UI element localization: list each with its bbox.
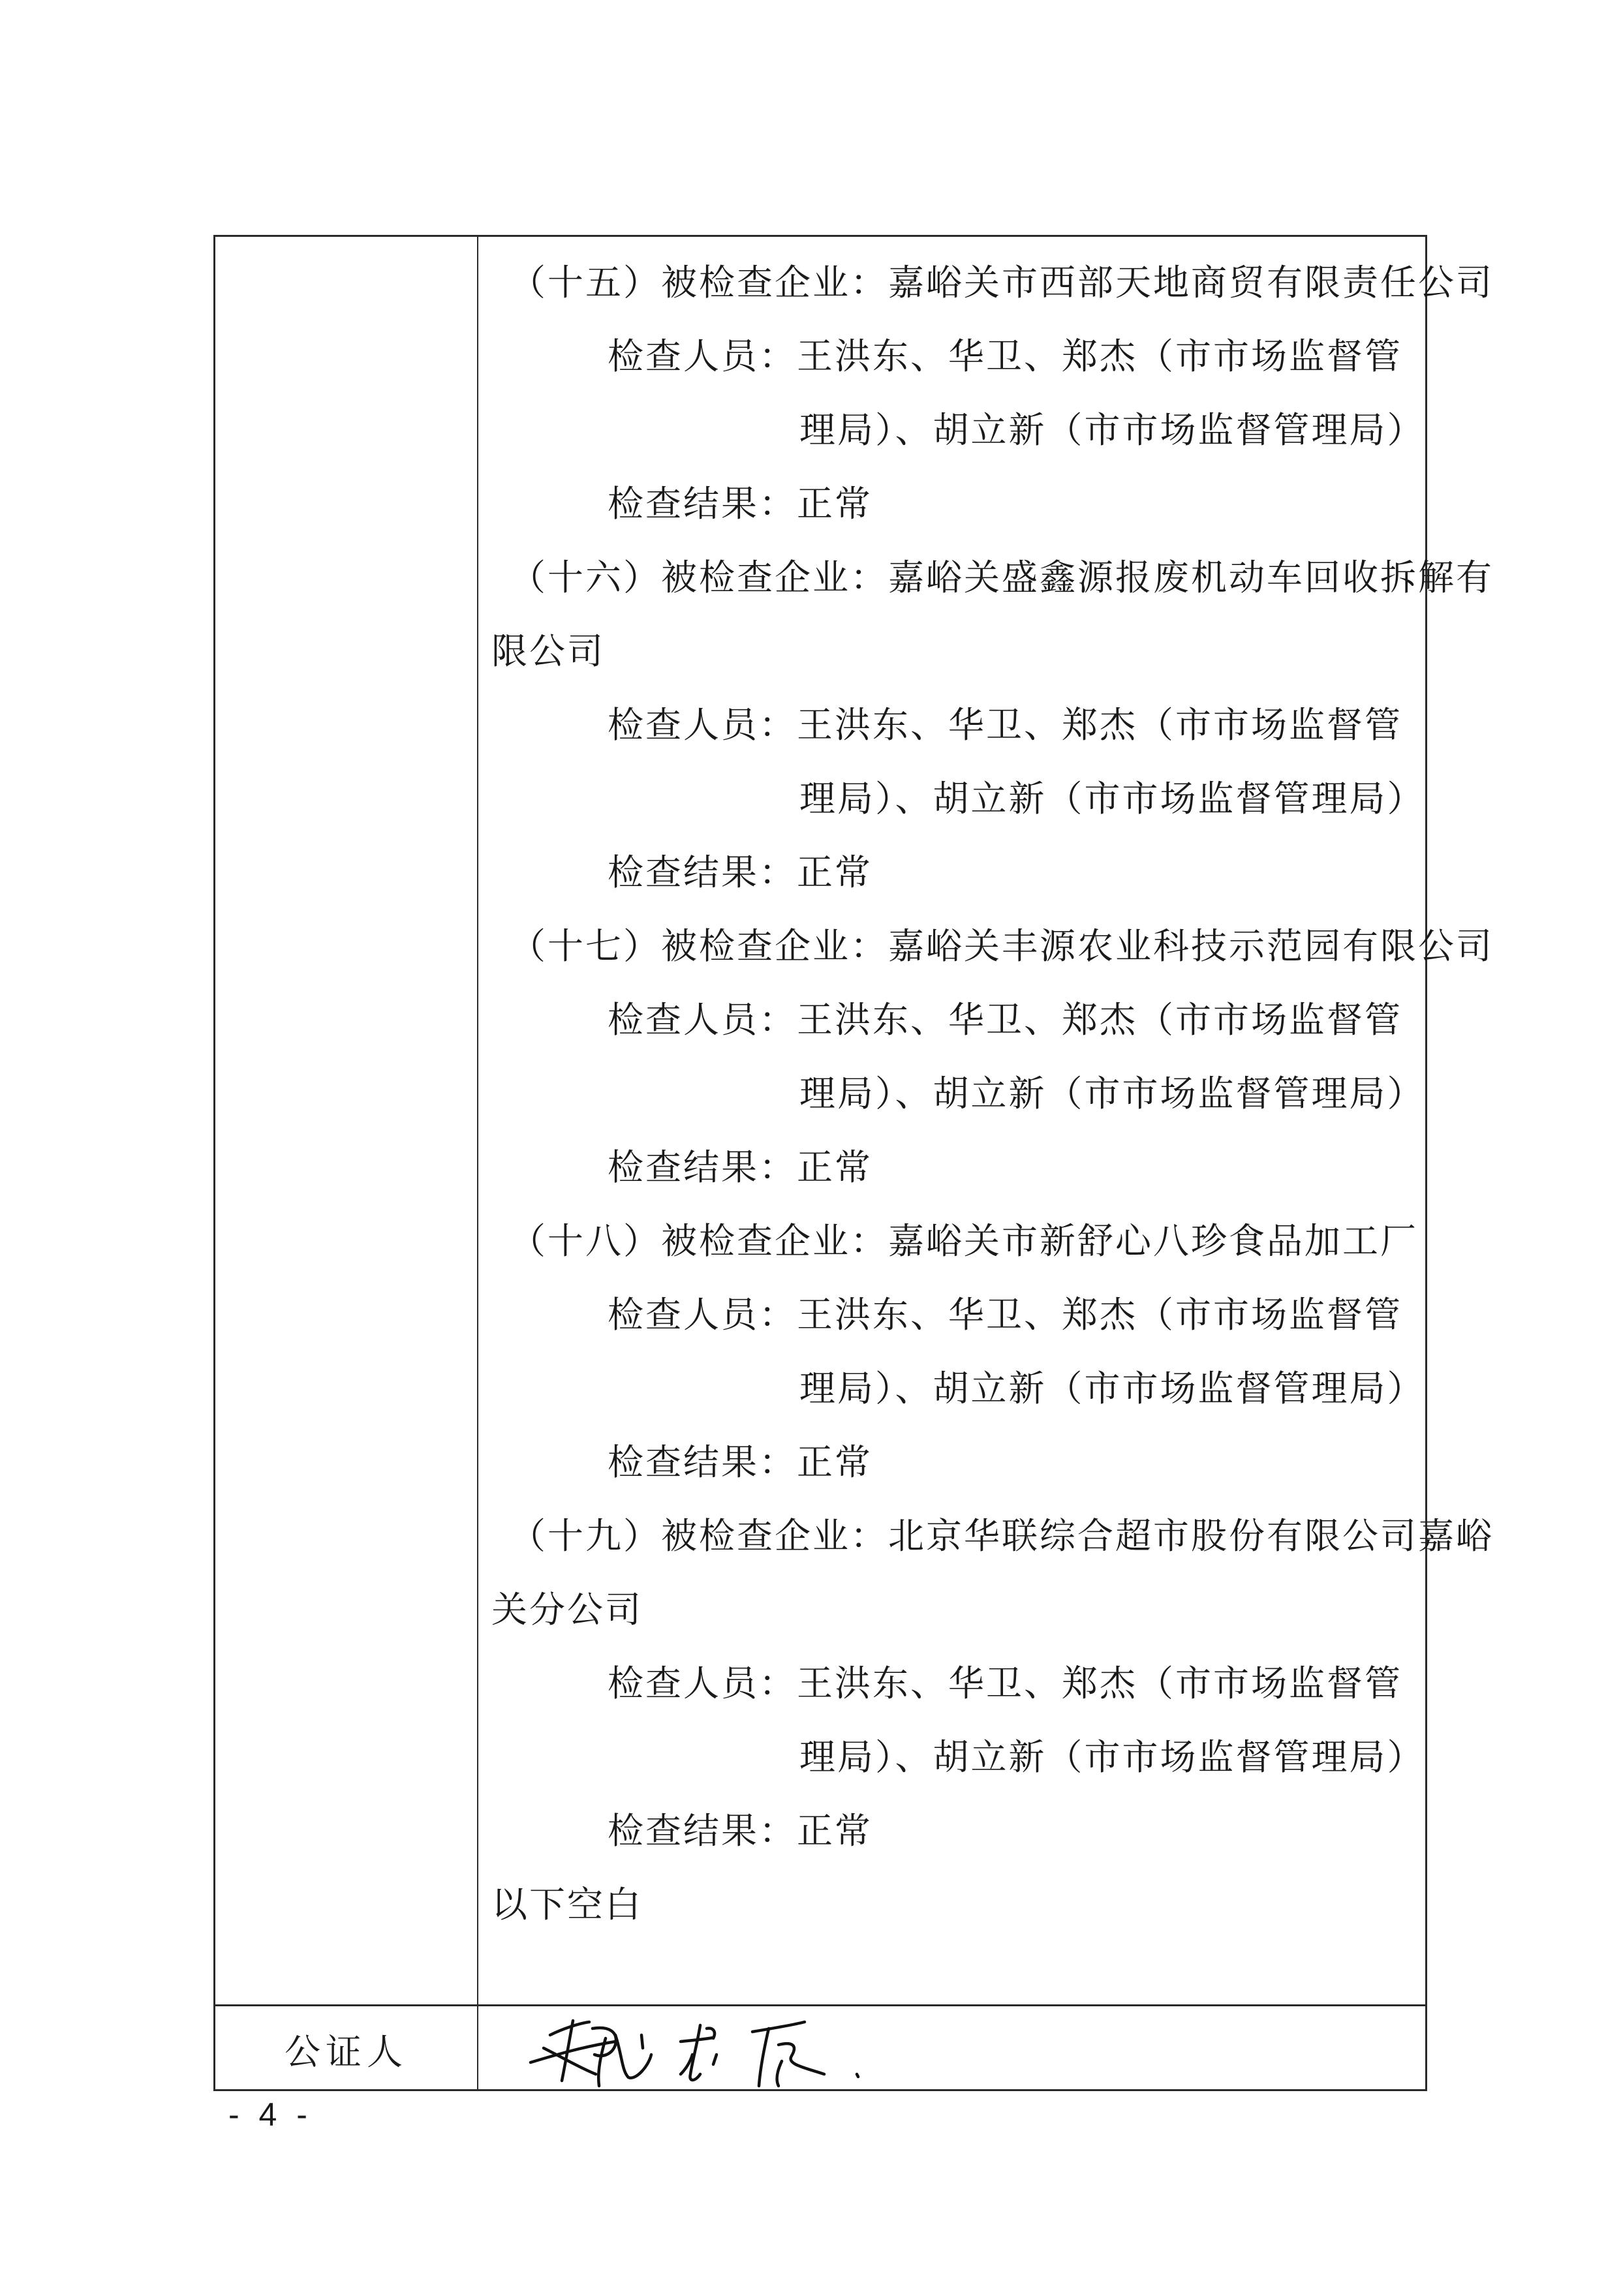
inspectors-names-cont: 理局）、胡立新（市市场监督管理局） — [799, 1073, 1425, 1114]
entry-19-inspectors-cont: 理局）、胡立新（市市场监督管理局） — [478, 1721, 1427, 1794]
entry-index: （十九） — [510, 1515, 661, 1557]
inspectors-names-cont: 理局）、胡立新（市市场监督管理局） — [799, 1736, 1425, 1778]
entry-15-inspectors: 检查人员：王洪东、华卫、郑杰（市市场监督管 — [478, 320, 1427, 393]
entry-15-inspectors-cont: 理局）、胡立新（市市场监督管理局） — [478, 393, 1427, 467]
entry-16-company: （十六）被检查企业：嘉峪关盛鑫源报废机动车回收拆解有 — [478, 541, 1427, 615]
entry-18-result: 检查结果：正常 — [478, 1426, 1427, 1499]
inspectors-names: 王洪东、华卫、郑杰（市市场监督管 — [797, 1662, 1402, 1704]
entry-17-inspectors-cont: 理局）、胡立新（市市场监督管理局） — [478, 1057, 1427, 1131]
entry-17-result: 检查结果：正常 — [478, 1131, 1427, 1204]
entry-19-company: （十九）被检查企业：北京华联综合超市股份有限公司嘉峪 — [478, 1499, 1427, 1573]
inspection-record-table: （十五）被检查企业：嘉峪关市西部天地商贸有限责任公司 检查人员：王洪东、华卫、郑… — [213, 235, 1427, 2091]
entry-19-inspectors: 检查人员：王洪东、华卫、郑杰（市市场监督管 — [478, 1647, 1427, 1721]
entry-16-company-cont: 限公司 — [478, 615, 1427, 688]
inspection-content-cell: （十五）被检查企业：嘉峪关市西部天地商贸有限责任公司 检查人员：王洪东、华卫、郑… — [478, 237, 1427, 2004]
entry-index: （十六） — [510, 557, 661, 598]
result-label: 检查结果： — [608, 1441, 797, 1483]
inspectors-label: 检查人员： — [608, 999, 797, 1041]
inspectors-label: 检查人员： — [608, 1662, 797, 1704]
entry-16-inspectors: 检查人员：王洪东、华卫、郑杰（市市场监督管 — [478, 688, 1427, 762]
company-label: 被检查企业： — [661, 1515, 888, 1557]
entry-16-result: 检查结果：正常 — [478, 836, 1427, 910]
inspectors-names: 王洪东、华卫、郑杰（市市场监督管 — [797, 1294, 1402, 1336]
entry-index: （十八） — [510, 1220, 661, 1262]
inspectors-names-cont: 理局）、胡立新（市市场监督管理局） — [799, 409, 1425, 451]
company-name: 嘉峪关市新舒心八珍食品加工厂 — [888, 1220, 1418, 1262]
inspectors-label: 检查人员： — [608, 335, 797, 377]
result-label: 检查结果： — [608, 851, 797, 893]
company-name: 嘉峪关市西部天地商贸有限责任公司 — [888, 262, 1494, 303]
entry-19-result: 检查结果：正常 — [478, 1794, 1427, 1868]
notary-label-cell: 公证人 — [215, 2006, 477, 2091]
inspectors-names-cont: 理局）、胡立新（市市场监督管理局） — [799, 778, 1425, 819]
result-value: 正常 — [797, 1441, 872, 1483]
result-value: 正常 — [797, 851, 872, 893]
result-label: 检查结果： — [608, 483, 797, 525]
company-label: 被检查企业： — [661, 925, 888, 967]
result-value: 正常 — [797, 483, 872, 525]
handwritten-signature-icon — [517, 2009, 883, 2090]
entry-16-inspectors-cont: 理局）、胡立新（市市场监督管理局） — [478, 762, 1427, 836]
entry-19-company-cont: 关分公司 — [478, 1573, 1427, 1647]
company-label: 被检查企业： — [661, 557, 888, 598]
entry-18-company: （十八）被检查企业：嘉峪关市新舒心八珍食品加工厂 — [478, 1204, 1427, 1278]
notary-signature-cell: 魏东辰 — [478, 2006, 1427, 2091]
entry-index: （十五） — [510, 262, 661, 303]
inspection-lines: （十五）被检查企业：嘉峪关市西部天地商贸有限责任公司 检查人员：王洪东、华卫、郑… — [478, 246, 1427, 1942]
result-label: 检查结果： — [608, 1146, 797, 1188]
inspectors-names-cont: 理局）、胡立新（市市场监督管理局） — [799, 1368, 1425, 1409]
company-name-cont: 限公司 — [491, 630, 605, 672]
result-value: 正常 — [797, 1146, 872, 1188]
inspectors-label: 检查人员： — [608, 704, 797, 746]
notary-label: 公证人 — [285, 2023, 408, 2075]
result-value: 正常 — [797, 1810, 872, 1852]
inspectors-label: 检查人员： — [608, 1294, 797, 1336]
company-label: 被检查企业： — [661, 262, 888, 303]
inspectors-names: 王洪东、华卫、郑杰（市市场监督管 — [797, 704, 1402, 746]
inspectors-names: 王洪东、华卫、郑杰（市市场监督管 — [797, 335, 1402, 377]
label-cell-empty — [215, 237, 477, 2004]
entry-15-result: 检查结果：正常 — [478, 467, 1427, 541]
page-number: - 4 - — [228, 2096, 313, 2134]
entry-18-inspectors-cont: 理局）、胡立新（市市场监督管理局） — [478, 1352, 1427, 1426]
inspectors-names: 王洪东、华卫、郑杰（市市场监督管 — [797, 999, 1402, 1041]
entry-17-company: （十七）被检查企业：嘉峪关丰源农业科技示范园有限公司 — [478, 910, 1427, 983]
company-name-cont: 关分公司 — [491, 1589, 643, 1630]
company-label: 被检查企业： — [661, 1220, 888, 1262]
document-page: （十五）被检查企业：嘉峪关市西部天地商贸有限责任公司 检查人员：王洪东、华卫、郑… — [0, 0, 1621, 2296]
result-label: 检查结果： — [608, 1810, 797, 1852]
entry-17-inspectors: 检查人员：王洪东、华卫、郑杰（市市场监督管 — [478, 983, 1427, 1057]
company-name: 嘉峪关丰源农业科技示范园有限公司 — [888, 925, 1494, 967]
entry-index: （十七） — [510, 925, 661, 967]
end-note: 以下空白 — [478, 1868, 1427, 1942]
entry-15-company: （十五）被检查企业：嘉峪关市西部天地商贸有限责任公司 — [478, 246, 1427, 320]
entry-18-inspectors: 检查人员：王洪东、华卫、郑杰（市市场监督管 — [478, 1278, 1427, 1352]
company-name: 北京华联综合超市股份有限公司嘉峪 — [888, 1515, 1494, 1557]
company-name: 嘉峪关盛鑫源报废机动车回收拆解有 — [888, 557, 1494, 598]
